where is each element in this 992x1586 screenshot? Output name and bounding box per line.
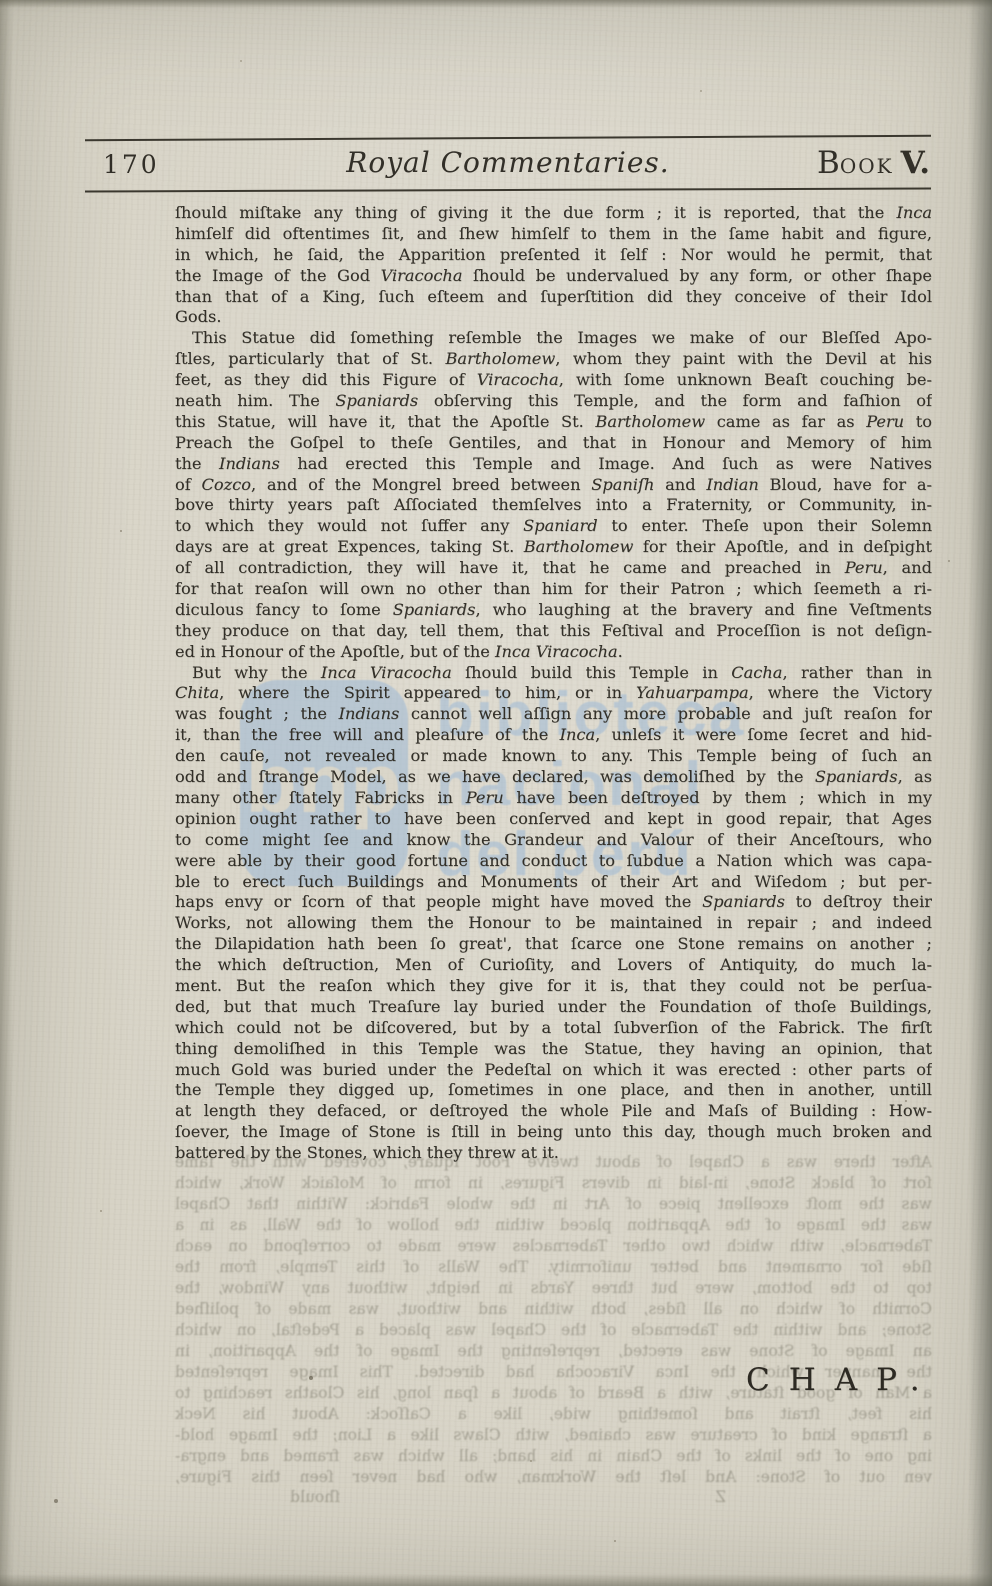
showthrough-catchword: ſhould: [290, 1488, 340, 1506]
showthrough-line: Cornith of which on all ſides, both with…: [175, 1299, 932, 1320]
showthrough-line: ven out of Stone: And leſt the Workman, …: [175, 1467, 932, 1488]
text-line: opinion ought rather to have been conſer…: [175, 809, 932, 830]
text-line: to come might ſee and know the Grandeur …: [175, 830, 932, 851]
text-line: which could not be diſcovered, but by a …: [175, 1018, 932, 1039]
text-line: the Image of the God Viracocha ſhould be…: [175, 266, 932, 287]
text-line: was fought ; the Indians cannot well aſſ…: [175, 704, 932, 725]
text-line: diculous fancy to ſome Spaniards, who la…: [175, 600, 932, 621]
text-line: to which they would not ſuffer any Spani…: [175, 516, 932, 537]
running-title: Royal Commentaries.: [85, 146, 931, 179]
text-line: This Statue did ſomething reſemble the I…: [175, 328, 932, 349]
text-line: days are at great Expences, taking St. B…: [175, 537, 932, 558]
text-line: ed in Honour of the Apoſtle, but of the …: [175, 642, 932, 663]
text-line: himſelf did oftentimes ſit, and ſhew him…: [175, 224, 932, 245]
showthrough-line: ſide for ornament and better uniformity.…: [175, 1257, 932, 1278]
catchword: CHAP.: [746, 1362, 939, 1398]
paragraph: This Statue did ſomething reſemble the I…: [175, 328, 932, 662]
showthrough-signature: Z: [715, 1488, 726, 1506]
showthrough-line: top to the bottom, were but three Yards …: [175, 1278, 932, 1299]
text-line: bove thirty years paſt Aſſociated themſe…: [175, 495, 932, 516]
ink-specks: [0, 0, 2, 2]
paragraph: ſhould miſtake any thing of giving it th…: [175, 203, 932, 328]
book-label: BOOKV.: [817, 145, 930, 181]
text-line: haps envy or ſcorn of that people might …: [175, 892, 932, 913]
showthrough-line: his feet, ſtrait and ſomething wide, lik…: [175, 1404, 932, 1425]
showthrough-line: an Image of Stone was erected, repreſent…: [175, 1341, 932, 1362]
book-label-numeral: V.: [901, 145, 930, 181]
text-line: for that reaſon will own no other than h…: [175, 579, 932, 600]
text-line: den cauſe, not revealed or made known to…: [175, 746, 932, 767]
text-line: it, than the free will and pleaſure of t…: [175, 725, 932, 746]
text-line: ſoever, the Image of Stone is ſtill in b…: [175, 1122, 932, 1143]
text-line: they produce on that day, tell them, tha…: [175, 621, 932, 642]
text-line: Gods.: [175, 307, 932, 328]
text-line: of Cozco, and of the Mongrel breed betwe…: [175, 475, 932, 496]
text-line: than that of a King, ſuch eſteem and ſup…: [175, 287, 932, 308]
text-line: neath him. The Spaniards obſerving this …: [175, 391, 932, 412]
text-line: feet, as they did this Figure of Viracoc…: [175, 370, 932, 391]
text-line: Works, not allowing them the Honour to b…: [175, 913, 932, 934]
text-line: Chita, where the Spirit appeared to him,…: [175, 683, 932, 704]
showthrough-line: ſort of black Stone, in-laid in divers F…: [175, 1173, 932, 1194]
showthrough-line: was the Image of the Apparition placed w…: [175, 1215, 932, 1236]
header-rule-top: [85, 135, 931, 141]
text-line: in which, he ſaid, the Apparition preſen…: [175, 245, 932, 266]
book-label-smallcaps: OOK: [840, 154, 894, 178]
text-line: the which deſtruction, Men of Curioſity,…: [175, 955, 932, 976]
text-line: ble to erect ſuch Buildings and Monument…: [175, 872, 932, 893]
text-line: the Dilapidation hath been ſo great', th…: [175, 934, 932, 955]
showthrough-line: a ſtrange kind of creature was chained, …: [175, 1425, 932, 1446]
header-rule-bottom: [85, 188, 931, 193]
paragraph: But why the Inca Viracocha ſhould build …: [175, 663, 932, 1164]
page-edge-bottom: [0, 1574, 992, 1586]
showthrough-line: Tabernacle, with which two other Taberna…: [175, 1236, 932, 1257]
book-page-scan: bnp biblioteca nacional del perú Z ſhoul…: [0, 0, 992, 1586]
text-line: ment. But the reaſon which they give for…: [175, 976, 932, 997]
page-edge-left: [0, 0, 13, 1586]
text-line: battered by the Stones, which they threw…: [175, 1143, 932, 1164]
text-line: many other ſtately Fabricks in Peru have…: [175, 788, 932, 809]
text-line: much Gold was buried under the Pedeſtal …: [175, 1060, 932, 1081]
text-line: ded, but that much Treaſure lay buried u…: [175, 997, 932, 1018]
showthrough-line: Stone; and within the Tabernacle of the …: [175, 1320, 932, 1341]
book-label-initial: B: [817, 145, 840, 181]
text-line: ſtles, particularly that of St. Bartholo…: [175, 349, 932, 370]
showthrough-line: was the moſt excellent piece of Art in t…: [175, 1194, 932, 1215]
text-line: at length they defaced, or deſtroyed the…: [175, 1101, 932, 1122]
text-line: the Indians had erected this Temple and …: [175, 454, 932, 475]
text-line: thing demoliſhed in this Temple was the …: [175, 1039, 932, 1060]
text-line: ſhould miſtake any thing of giving it th…: [175, 203, 932, 224]
text-line: of all contradiction, they will have it,…: [175, 558, 932, 579]
text-line: were able by their good fortune and cond…: [175, 851, 932, 872]
showthrough-text: Z ſhould After there was a Chapel of abo…: [175, 1152, 932, 1514]
text-line: the Temple they digged up, ſometimes in …: [175, 1080, 932, 1101]
text-line: But why the Inca Viracocha ſhould build …: [175, 663, 932, 684]
text-line: odd and ſtrange Model, as we have declar…: [175, 767, 932, 788]
text-line: Preach the Goſpel to theſe Gentiles, and…: [175, 433, 932, 454]
page-number: 170: [103, 150, 160, 179]
showthrough-catchrow: Z ſhould: [175, 1488, 932, 1509]
body-text: ſhould miſtake any thing of giving it th…: [175, 203, 932, 1164]
text-line: this Statue, will have it, that the Apoſ…: [175, 412, 932, 433]
page-edge-right: [968, 0, 992, 1586]
page-edge-top: [0, 0, 992, 8]
showthrough-line: ing one of the links of the Chain in his…: [175, 1446, 932, 1467]
